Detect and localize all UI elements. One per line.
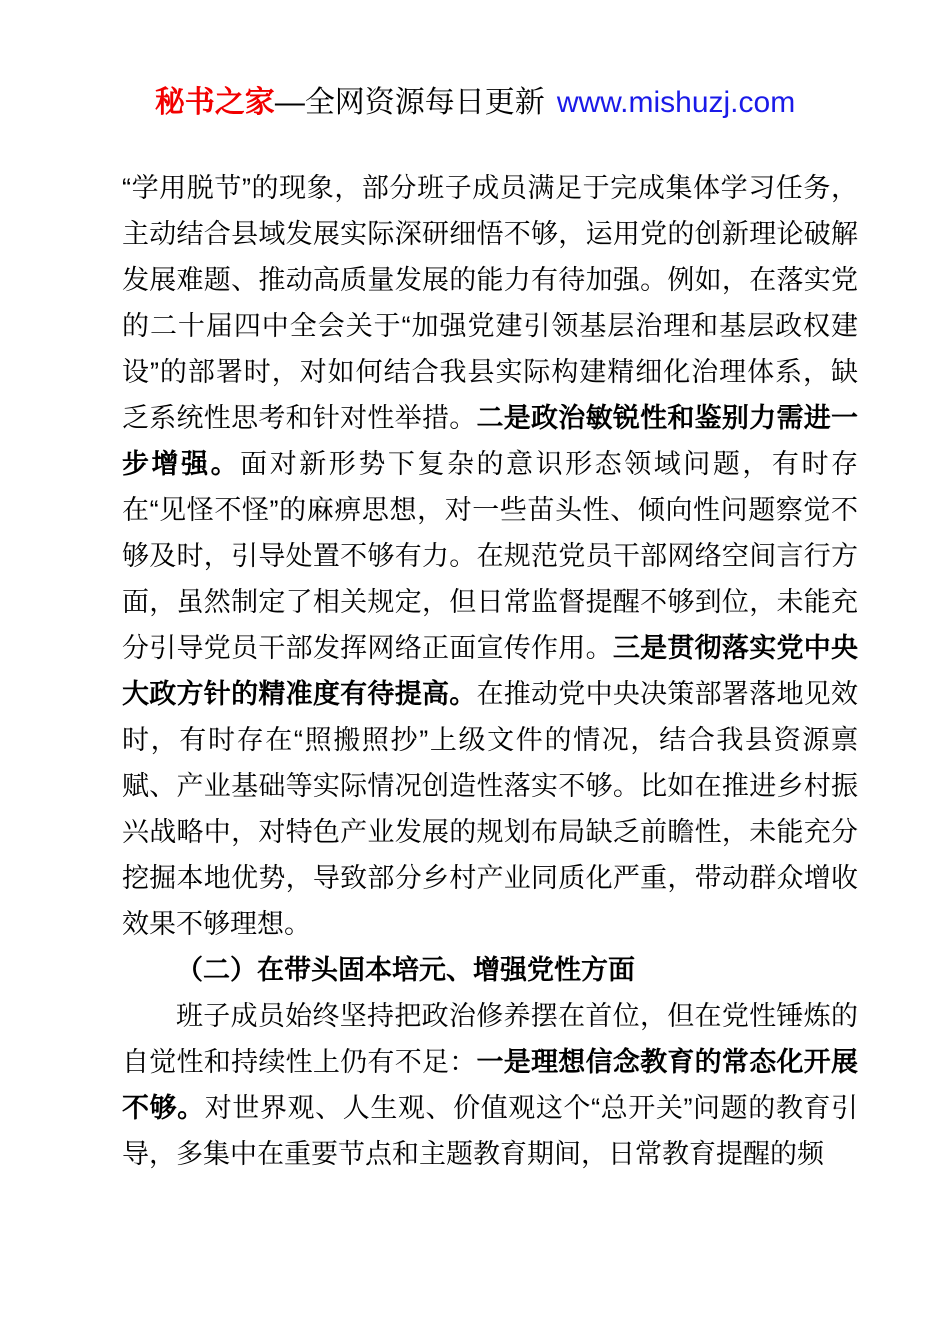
text-run: 对世界观、人生观、价值观这个“总开关”问题的教育引导，多集中在重要节点和主题教育… bbox=[122, 1093, 858, 1169]
site-header: 秘书之家—全网资源每日更新www.mishuzj.com bbox=[0, 0, 950, 123]
paragraph-party-spirit: 班子成员始终坚持把政治修养摆在首位，但在党性锤炼的自觉性和持续性上仍有不足：一是… bbox=[122, 993, 858, 1177]
paragraph-theory-study: “学用脱节”的现象，部分班子成员满足于完成集体学习任务，主动结合县域发展实际深研… bbox=[122, 165, 858, 947]
document-page: 秘书之家—全网资源每日更新www.mishuzj.com “学用脱节”的现象，部… bbox=[0, 0, 950, 1344]
section-heading-two: （二）在带头固本培元、增强党性方面 bbox=[122, 947, 858, 993]
text-run: “学用脱节”的现象，部分班子成员满足于完成集体学习任务，主动结合县域发展实际深研… bbox=[122, 173, 858, 433]
text-run: 在推动党中央决策部署落地见效时，有时存在“照搬照抄”上级文件的情况，结合我县资源… bbox=[122, 679, 858, 939]
text-run: 面对新形势下复杂的意识形态领域问题，有时存在“见怪不怪”的麻痹思想，对一些苗头性… bbox=[122, 449, 858, 663]
document-body: “学用脱节”的现象，部分班子成员满足于完成集体学习任务，主动结合县域发展实际深研… bbox=[122, 165, 858, 1177]
site-url-link[interactable]: www.mishuzj.com bbox=[557, 86, 795, 119]
site-tagline: —全网资源每日更新 bbox=[275, 86, 545, 119]
heading-text: （二）在带头固本培元、增强党性方面 bbox=[176, 955, 635, 985]
site-brand: 秘书之家 bbox=[155, 86, 275, 119]
